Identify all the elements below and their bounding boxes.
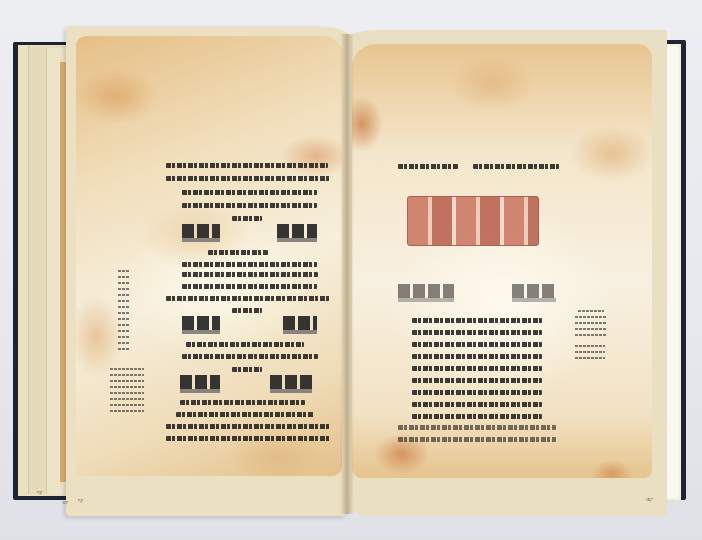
right-manuscript-facsimile	[352, 44, 652, 478]
book-gutter	[340, 34, 354, 514]
page-stack-right-inner	[666, 46, 678, 498]
back-page-number-2: קפ	[63, 500, 68, 506]
back-page-number: קף	[37, 490, 42, 496]
right-page-number: קפג	[646, 497, 653, 503]
left-page-number: קף	[78, 498, 83, 504]
illuminated-initial-word	[407, 196, 539, 246]
